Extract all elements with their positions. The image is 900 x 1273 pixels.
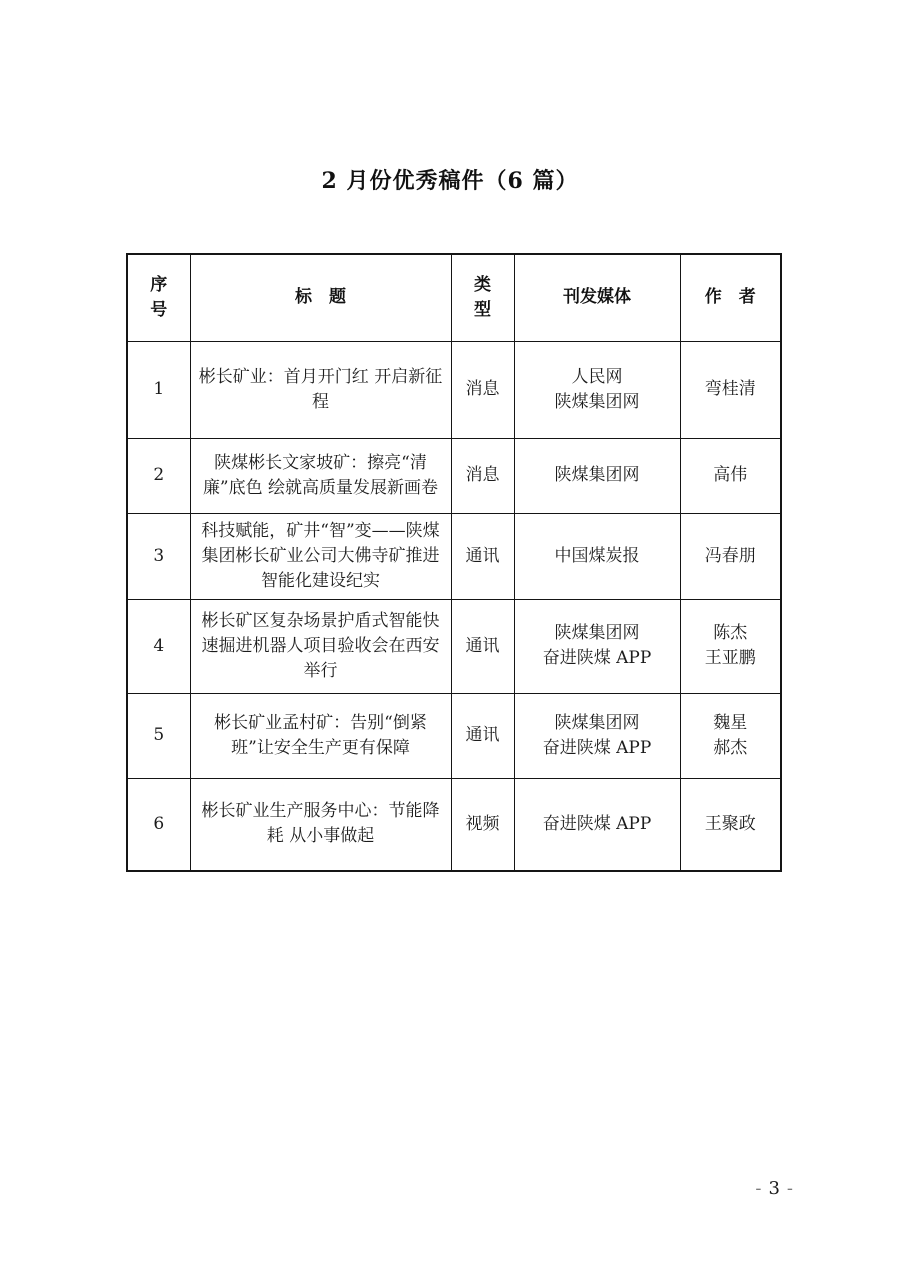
- table-row: 1彬长矿业：首月开门红 开启新征程消息人民网陕煤集团网弯桂清: [127, 341, 781, 438]
- media-cell: 中国煤炭报: [514, 513, 680, 599]
- column-header-no: 序 号: [127, 254, 190, 341]
- author-cell: 弯桂清: [680, 341, 781, 438]
- author-line: 陈杰: [687, 621, 775, 646]
- media-cell: 陕煤集团网奋进陕煤 APP: [514, 693, 680, 778]
- author-line: 魏星: [687, 711, 775, 736]
- table-row: 6彬长矿业生产服务中心：节能降耗 从小事做起视频奋进陕煤 APP王聚政: [127, 778, 781, 871]
- page-title: 2 月份优秀稿件（6 篇）: [0, 164, 900, 195]
- type-cell: 消息: [451, 438, 514, 513]
- title-cell: 彬长矿业孟村矿：告别“倒紧班”让安全生产更有保障: [190, 693, 451, 778]
- table-row: 2陕煤彬长文家坡矿：擦亮“清廉”底色 绘就高质量发展新画卷消息陕煤集团网高伟: [127, 438, 781, 513]
- type-cell: 消息: [451, 341, 514, 438]
- title-cell: 陕煤彬长文家坡矿：擦亮“清廉”底色 绘就高质量发展新画卷: [190, 438, 451, 513]
- media-line: 陕煤集团网: [521, 621, 674, 646]
- column-header-media: 刊发媒体: [514, 254, 680, 341]
- author-cell: 陈杰王亚鹏: [680, 599, 781, 693]
- page-number-left-dash: -: [749, 1178, 768, 1199]
- type-cell: 通讯: [451, 513, 514, 599]
- author-line: 郝杰: [687, 736, 775, 761]
- author-line: 王亚鹏: [687, 646, 775, 671]
- author-line: 冯春朋: [687, 544, 775, 569]
- title-cell: 彬长矿业：首月开门红 开启新征程: [190, 341, 451, 438]
- row-no-cell: 1: [127, 341, 190, 438]
- table-row: 3科技赋能，矿井“智”变——陕煤集团彬长矿业公司大佛寺矿推进智能化建设纪实通讯中…: [127, 513, 781, 599]
- media-cell: 奋进陕煤 APP: [514, 778, 680, 871]
- table-row: 5彬长矿业孟村矿：告别“倒紧班”让安全生产更有保障通讯陕煤集团网奋进陕煤 APP…: [127, 693, 781, 778]
- title-cell: 科技赋能，矿井“智”变——陕煤集团彬长矿业公司大佛寺矿推进智能化建设纪实: [190, 513, 451, 599]
- media-line: 中国煤炭报: [521, 544, 674, 569]
- row-no-cell: 3: [127, 513, 190, 599]
- page-number: 3: [768, 1178, 780, 1199]
- author-cell: 高伟: [680, 438, 781, 513]
- author-cell: 魏星郝杰: [680, 693, 781, 778]
- media-cell: 陕煤集团网: [514, 438, 680, 513]
- author-cell: 王聚政: [680, 778, 781, 871]
- media-cell: 人民网陕煤集团网: [514, 341, 680, 438]
- media-line: 陕煤集团网: [521, 463, 674, 488]
- author-line: 王聚政: [687, 812, 775, 837]
- media-line: 奋进陕煤 APP: [521, 736, 674, 761]
- media-line: 陕煤集团网: [521, 390, 674, 415]
- table-header-row: 序 号 标 题 类 型 刊发媒体 作 者: [127, 254, 781, 341]
- author-line: 弯桂清: [687, 377, 775, 402]
- title-cell: 彬长矿区复杂场景护盾式智能快速掘进机器人项目验收会在西安举行: [190, 599, 451, 693]
- column-header-type: 类 型: [451, 254, 514, 341]
- type-cell: 通讯: [451, 693, 514, 778]
- media-line: 奋进陕煤 APP: [521, 812, 674, 837]
- column-header-author: 作 者: [680, 254, 781, 341]
- author-line: 高伟: [687, 463, 775, 488]
- document-page: 2 月份优秀稿件（6 篇） 序 号 标 题 类 型 刊发媒体 作 者 1彬长矿业…: [0, 0, 900, 1273]
- page-number-right-dash: -: [781, 1178, 800, 1199]
- table-row: 4彬长矿区复杂场景护盾式智能快速掘进机器人项目验收会在西安举行通讯陕煤集团网奋进…: [127, 599, 781, 693]
- author-cell: 冯春朋: [680, 513, 781, 599]
- media-line: 人民网: [521, 365, 674, 390]
- type-cell: 视频: [451, 778, 514, 871]
- media-cell: 陕煤集团网奋进陕煤 APP: [514, 599, 680, 693]
- page-footer: -3-: [749, 1178, 800, 1199]
- media-line: 奋进陕煤 APP: [521, 646, 674, 671]
- type-cell: 通讯: [451, 599, 514, 693]
- row-no-cell: 4: [127, 599, 190, 693]
- row-no-cell: 6: [127, 778, 190, 871]
- title-cell: 彬长矿业生产服务中心：节能降耗 从小事做起: [190, 778, 451, 871]
- row-no-cell: 5: [127, 693, 190, 778]
- manuscripts-table: 序 号 标 题 类 型 刊发媒体 作 者 1彬长矿业：首月开门红 开启新征程消息…: [126, 253, 782, 872]
- row-no-cell: 2: [127, 438, 190, 513]
- column-header-title: 标 题: [190, 254, 451, 341]
- media-line: 陕煤集团网: [521, 711, 674, 736]
